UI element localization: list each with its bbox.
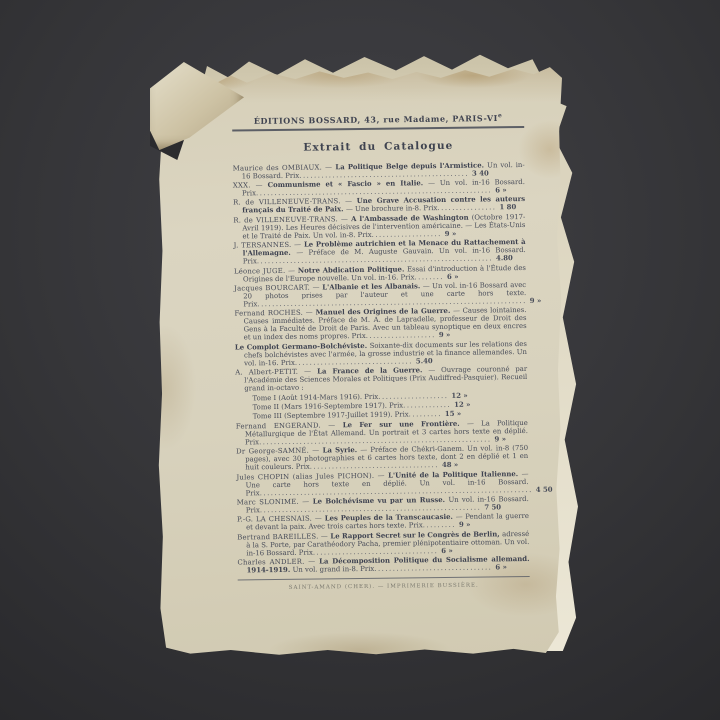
catalogue-entry: Léonce JUGE. — Notre Abdication Politiqu… <box>234 264 526 284</box>
catalogue-entry: R. de VILLENEUVE-TRANS. — Une Grave Accu… <box>233 195 525 215</box>
price-leader-dots: ........................................… <box>299 169 469 179</box>
price-leader-dots: .................................. <box>313 547 439 557</box>
publisher-line: ÉDITIONS BOSSARD, 43, rue Madame, PARIS-… <box>254 113 498 126</box>
entry-price: 12 » <box>451 401 470 409</box>
price-leader-dots: ................... <box>372 230 442 239</box>
entry-description: Tome III (Septembre 1917-Juillet 1919). … <box>253 411 409 421</box>
catalogue-entry: R. de VILLENEUVE-TRANS. — A l'Ambassade … <box>233 213 525 241</box>
catalogue-entries: Maurice des OMBIAUX. — La Politique Belg… <box>233 161 530 575</box>
catalogue-entry: Maurice des OMBIAUX. — La Politique Belg… <box>233 161 525 181</box>
header-rule <box>232 126 524 132</box>
entry-description: — Une brochure in-8. Prix <box>346 204 438 213</box>
entry-price: 7 50 <box>481 503 501 511</box>
entry-description: Tome I (Août 1914-Mars 1916). Prix <box>252 392 378 402</box>
entry-price: 9 » <box>456 521 471 529</box>
printer-imprint: SAINT-AMAND (CHER). — IMPRIMERIE BUSSIÈR… <box>238 582 530 592</box>
entry-price: 9 » <box>442 230 457 238</box>
catalogue-entry: Charles ANDLER. — La Décomposition Polit… <box>237 555 529 575</box>
catalogue-entry: Fernand ENGERAND. — Le Fer sur une Front… <box>236 419 528 447</box>
entry-price: 4 50 <box>533 485 553 493</box>
entry-price: 12 » <box>448 391 467 399</box>
entry-price: 6 » <box>492 563 507 571</box>
price-leader-dots: ......... <box>409 410 442 418</box>
catalogue-entry: Marc SLONIME. — Le Bolchévisme vu par un… <box>237 495 529 515</box>
catalogue-entry: Bertrand BAREILLES. — Le Rapport Secret … <box>237 530 529 558</box>
publisher-banner: ÉDITIONS BOSSARD, 43, rue Madame, PARIS-… <box>232 112 524 126</box>
price-leader-dots: ................................ <box>295 357 413 366</box>
entry-price: 3 40 <box>469 169 489 177</box>
catalogue-title: Extrait du Catalogue <box>232 139 524 155</box>
catalogue-entry: Jules CHOPIN (alias Jules PICHON). — L'U… <box>236 469 528 497</box>
entry-price: 6 » <box>444 272 459 280</box>
catalogue-entry: P.-G. LA CHESNAIS. — Les Peuples de la T… <box>237 512 529 532</box>
entry-description: Un vol. grand in-8. Prix <box>293 565 375 574</box>
entry-price: 48 » <box>439 461 458 469</box>
price-leader-dots: ................................ <box>374 563 492 572</box>
price-leader-dots: ........ <box>414 273 444 281</box>
paper-page: ÉDITIONS BOSSARD, 43, rue Madame, PARIS-… <box>158 60 562 656</box>
page-content: ÉDITIONS BOSSARD, 43, rue Madame, PARIS-… <box>154 58 565 659</box>
catalogue-entry: A. Albert-PETIT. — La France de la Guerr… <box>235 365 527 393</box>
catalogue-entry: Dr George-SAMNÉ. — La Syrie. — Préface d… <box>236 444 528 472</box>
catalogue-entry: J. TERSANNES. — Le Problème autrichien e… <box>234 238 526 266</box>
photo-background: ÉDITIONS BOSSARD, 43, rue Madame, PARIS-… <box>0 0 720 720</box>
price-leader-dots: ......... <box>423 521 456 529</box>
entry-price: 6 » <box>492 186 507 194</box>
publisher-arrondissement-sup: e <box>498 112 503 119</box>
entry-price: 15 » <box>442 410 461 418</box>
entry-price: 9 » <box>527 297 542 305</box>
price-leader-dots: ................ <box>437 204 496 213</box>
entry-price: 4.80 <box>493 254 513 262</box>
entry-price: 9 » <box>491 435 506 443</box>
price-leader-dots: ................... <box>366 331 436 340</box>
catalogue-entry: XXX. — Communisme et « Fascio » en Itali… <box>233 178 525 198</box>
price-leader-dots: ................... <box>378 391 448 400</box>
entry-description: Tome II (Mars 1916-Septembre 1917). Prix <box>253 401 404 411</box>
entry-price: 9 » <box>436 331 451 339</box>
catalogue-entry: Fernand ROCHES. — Manuel des Origines de… <box>234 306 526 342</box>
footer-rule <box>238 576 530 581</box>
entry-price: 5.40 <box>413 357 433 365</box>
entry-price: 6 » <box>438 547 453 555</box>
price-leader-dots: ................................... <box>310 461 439 471</box>
entry-price: 1 80 <box>496 204 516 212</box>
text-column: ÉDITIONS BOSSARD, 43, rue Madame, PARIS-… <box>232 112 530 592</box>
catalogue-entry: Jacques BOURCART. — L'Albanie et les Alb… <box>234 281 526 309</box>
catalogue-entry: Le Complot Germano-Bolchéviste. Soixante… <box>235 340 527 368</box>
price-leader-dots: ............. <box>403 401 451 410</box>
